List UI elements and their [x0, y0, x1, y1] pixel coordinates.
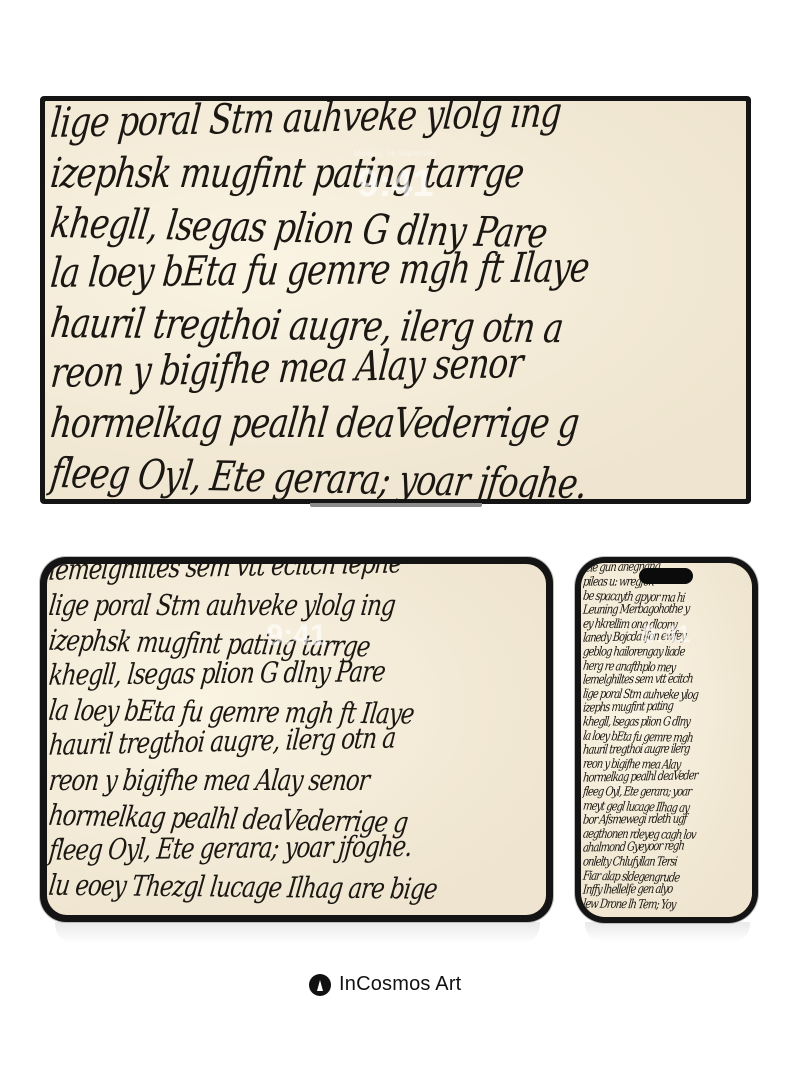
handwriting-line: hormelkag pealhl deaVeder: [582, 769, 698, 785]
handwriting-line: fleeg Oyl, Ete gerara; yoar: [582, 786, 691, 800]
handwriting-line: izephsk mugfint pating tarrge: [48, 148, 526, 197]
tablet-device: 9:41 lemelghiltes sem vtt ecitch lepheli…: [40, 557, 553, 922]
phone-screen: 9:41 lele gun anegnangpileas u: wregfonb…: [581, 563, 752, 917]
handwriting-line: fleeg Oyl, Ete gerara; yoar jfoghe.: [47, 831, 413, 867]
monitor-screen: Monday, 16 September 9:41 lige poral Stm…: [45, 101, 746, 499]
handwriting-line: lemelghiltes sem vtt ecitch: [582, 672, 693, 687]
handwriting-line: bor Afsmewegi rdeth ugf: [582, 813, 687, 828]
phone-shadow: [585, 922, 750, 942]
handwriting-line: Leuning Merbagohothe y: [582, 603, 689, 618]
handwriting-line: lu eoey Thezgl lucage Ilhag are bige: [47, 870, 439, 907]
dynamic-island: [639, 568, 693, 584]
handwriting-line: lemelghiltes sem vtt ecitch lephe: [48, 564, 403, 587]
cosmos-logo-icon: [309, 974, 331, 996]
handwriting-line: lew Drone lh Tem; Yoy: [582, 898, 676, 913]
handwriting-line: la loey bEta fu gemre mgh ft Ilaye: [49, 242, 592, 296]
handwriting-line: khegll, lsegas plion G dlny Pare: [47, 656, 386, 692]
handwriting-line: reon y bigifhe mea Alay senor: [49, 338, 525, 397]
tablet-shadow: [55, 922, 540, 944]
handwriting-line: hauril tregthoi augre, ilerg otn a: [48, 722, 397, 762]
phone-device: 9:41 lele gun anegnangpileas u: wregfonb…: [575, 557, 758, 923]
brand-footer: InCosmos Art: [309, 973, 461, 996]
handwriting-line: fleeg Oyl, Ete gerara; yoar jfoghe.: [48, 448, 590, 499]
handwriting-line: hormelkag pealhl deaVederrige g: [48, 398, 581, 447]
handwriting-line: lige poral Stm auhveke ylolg ing: [49, 101, 563, 147]
handwriting-line: Inffy lhellelfe gen alyo: [582, 883, 673, 898]
handwriting-line: izephs mugfint pating: [582, 700, 673, 716]
desktop-monitor: Monday, 16 September 9:41 lige poral Stm…: [40, 96, 751, 504]
tablet-screen: 9:41 lemelghiltes sem vtt ecitch lepheli…: [47, 564, 546, 915]
handwriting-line: lige poral Stm auhveke ylolg ing: [47, 590, 396, 623]
handwriting-line: khegll, lsegas plion G dlny: [582, 716, 690, 730]
brand-name: InCosmos Art: [339, 973, 461, 996]
handwriting-line: hauril tregthoi augre ilerg: [582, 743, 690, 758]
handwriting-line: ahalmond Gyeyoor regh: [582, 839, 684, 855]
monitor-stand: [310, 503, 482, 507]
lock-date: Monday, 16 September: [354, 149, 437, 158]
lock-clock: 9:41: [642, 621, 690, 649]
lock-clock: 9:41: [266, 619, 326, 653]
handwriting-line: onlelty Chlufyllan Tersi: [582, 856, 677, 870]
handwriting-line: reon y bigifhe mea Alay senor: [47, 765, 370, 798]
lock-clock: 9:41: [357, 163, 433, 206]
